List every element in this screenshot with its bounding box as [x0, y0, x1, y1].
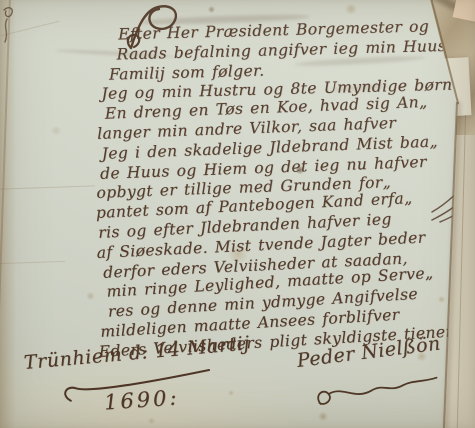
signature-flourish-icon — [311, 373, 443, 416]
manuscript-page: Efter Her Præsident Borgemester og Raads… — [0, 0, 475, 428]
stain — [318, 412, 328, 421]
stain — [344, 4, 358, 14]
stain — [208, 6, 215, 13]
document-photo: Efter Her Præsident Borgemester og Raads… — [0, 0, 475, 428]
year: 1690: — [103, 385, 180, 414]
letter-body: Efter Her Præsident Borgemester og Raads… — [92, 18, 471, 362]
under-page-edge — [457, 115, 466, 428]
stain — [86, 292, 95, 300]
stain — [50, 126, 62, 135]
stain — [228, 390, 234, 396]
stain — [148, 418, 155, 424]
